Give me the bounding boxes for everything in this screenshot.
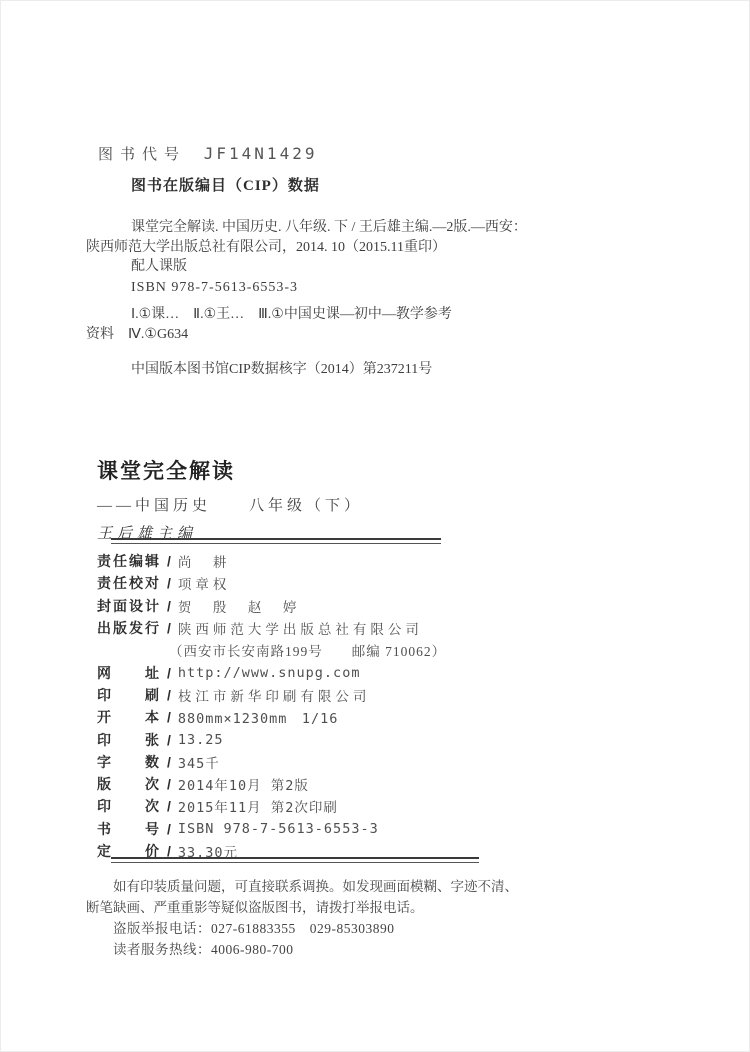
colophon-row-format: 开本/880mm×1230mm 1/16 <box>97 706 446 728</box>
colophon-label: 印张 <box>97 730 159 750</box>
separator-slash: / <box>167 798 171 814</box>
cip-class-line2: 资料 Ⅳ.①G634 <box>86 325 452 345</box>
colophon-label: 印刷 <box>97 685 159 705</box>
colophon-value: 枝江市新华印刷有限公司 <box>178 685 371 705</box>
notice-line1: 如有印装质量问题，可直接联系调换。如发现画面模糊、字迹不清、 <box>86 876 518 897</box>
colophon-row-edition: 版次/2014年10月 第2版 <box>97 773 446 795</box>
colophon-label: 书号 <box>97 819 159 839</box>
website-url: http://www.snupg.com <box>178 665 361 681</box>
colophon-row-publisher: 出版发行/陕西师范大学出版总社有限公司 <box>97 617 446 639</box>
colophon-row-isbn: 书号/ISBN 978-7-5613-6553-3 <box>97 818 446 840</box>
publisher-address: （西安市长安南路199号 邮编 710062） <box>97 640 446 660</box>
colophon-value: 贺 殷 赵 婷 <box>178 596 301 616</box>
reader-service-hotline: 读者服务热线：4006-980-700 <box>86 939 518 960</box>
separator-slash: / <box>167 732 171 748</box>
cip-record-line2: 陕西师范大学出版总社有限公司，2014. 10（2015.11重印） <box>86 238 527 258</box>
colophon-value: 345千 <box>178 752 220 772</box>
copyright-page: 图书代号 JF14N1429 图书在版编目（CIP）数据 课堂完全解读. 中国历… <box>0 0 750 1052</box>
book-subtitle: ——中国历史 八年级（下） <box>97 494 363 515</box>
colophon-value: 880mm×1230mm 1/16 <box>178 707 339 727</box>
separator-slash: / <box>167 575 171 591</box>
colophon-list: 责任编辑/尚 耕 责任校对/项章权 封面设计/贺 殷 赵 婷 出版发行/陕西师范… <box>97 550 446 862</box>
cip-class-line1: Ⅰ.①课… Ⅱ.①王… Ⅲ.①中国史课—初中—教学参考 <box>86 305 452 325</box>
separator-slash: / <box>167 598 171 614</box>
colophon-row-word-count: 字数/345千 <box>97 751 446 773</box>
cip-heading: 图书在版编目（CIP）数据 <box>131 174 320 195</box>
colophon-row-sheets: 印张/13.25 <box>97 728 446 750</box>
colophon-label: 网址 <box>97 663 159 683</box>
piracy-report-phone: 盗版举报电话：027-61883355 029-85303890 <box>86 918 518 939</box>
cip-classification: Ⅰ.①课… Ⅱ.①王… Ⅲ.①中国史课—初中—教学参考 资料 Ⅳ.①G634 <box>86 305 452 345</box>
colophon-label: 开本 <box>97 707 159 727</box>
separator-slash: / <box>167 754 171 770</box>
colophon-label: 版次 <box>97 774 159 794</box>
book-code-value: JF14N1429 <box>204 144 318 163</box>
colophon-label: 责任编辑 <box>97 551 159 571</box>
colophon-label: 责任校对 <box>97 573 159 593</box>
cip-registry-number: 中国版本图书馆CIP数据核字（2014）第237211号 <box>131 358 432 378</box>
separator-slash: / <box>167 553 171 569</box>
colophon-row-impression: 印次/2015年11月 第2次印刷 <box>97 795 446 817</box>
colophon-label: 字数 <box>97 752 159 772</box>
colophon-value: 13.25 <box>178 732 224 748</box>
cip-record-block: 课堂完全解读. 中国历史. 八年级. 下 / 王后雄主编.—2版.—西安： 陕西… <box>86 218 527 297</box>
quality-notice: 如有印装质量问题，可直接联系调换。如发现画面模糊、字迹不清、 断笔缺画、严重重影… <box>86 876 518 960</box>
colophon-row-printer: 印刷/枝江市新华印刷有限公司 <box>97 684 446 706</box>
notice-line2: 断笔缺画、严重重影等疑似盗版图书，请拨打举报电话。 <box>86 897 518 918</box>
colophon-row-cover-design: 封面设计/贺 殷 赵 婷 <box>97 595 446 617</box>
book-code-label: 图书代号 <box>98 147 186 163</box>
cip-isbn: ISBN 978-7-5613-6553-3 <box>86 278 527 298</box>
separator-slash: / <box>167 687 171 703</box>
separator-slash: / <box>167 620 171 636</box>
cip-record-line1: 课堂完全解读. 中国历史. 八年级. 下 / 王后雄主编.—2版.—西安： <box>86 218 527 238</box>
separator-slash: / <box>167 821 171 837</box>
book-code: 图书代号 JF14N1429 <box>98 143 317 164</box>
colophon-value: 2015年11月 第2次印刷 <box>178 796 338 816</box>
separator-slash: / <box>167 665 171 681</box>
colophon-row-website: 网址/http://www.snupg.com <box>97 661 446 683</box>
colophon-label: 印次 <box>97 796 159 816</box>
colophon-value: ISBN 978-7-5613-6553-3 <box>178 821 379 837</box>
book-title: 课堂完全解读 <box>97 455 363 485</box>
colophon-label: 出版发行 <box>97 618 159 638</box>
title-block: 课堂完全解读 ——中国历史 八年级（下） 王后雄主编 <box>97 455 363 543</box>
colophon-value: 尚 耕 <box>178 551 231 571</box>
double-rule-bottom <box>111 857 479 863</box>
double-rule-top <box>111 538 441 544</box>
colophon-row-publisher-address: （西安市长安南路199号 邮编 710062） <box>97 639 446 661</box>
colophon-value: 项章权 <box>178 573 231 593</box>
colophon-value: 陕西师范大学出版总社有限公司 <box>178 618 423 638</box>
colophon-row-editor: 责任编辑/尚 耕 <box>97 550 446 572</box>
separator-slash: / <box>167 709 171 725</box>
colophon-row-proofreader: 责任校对/项章权 <box>97 572 446 594</box>
cip-edition-note: 配人课版 <box>86 257 527 277</box>
separator-slash: / <box>167 776 171 792</box>
colophon-label: 封面设计 <box>97 596 159 616</box>
colophon-value: 2014年10月 第2版 <box>178 774 309 794</box>
